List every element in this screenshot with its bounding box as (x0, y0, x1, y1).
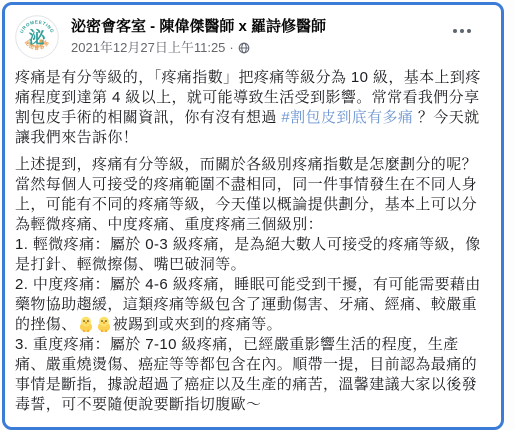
post-paragraph: 2. 中度疼痛：屬於 4-6 級疼痛，睡眠可能受到干擾，有可能需要藉由藥物協助趨… (15, 275, 488, 335)
timestamp-separator: · (229, 40, 233, 56)
hashtag-link[interactable]: #割包皮到底有多痛 (281, 109, 413, 126)
post-paragraph: 疼痛是有分等級的，「疼痛指數」把疼痛等級分為 10 級，基本上到疼痛程度到達第 … (15, 68, 488, 148)
chick-emoji (95, 315, 113, 333)
timestamp-link[interactable]: 2021年12月27日上午11:25 (71, 40, 225, 56)
post-text: 疼痛是有分等級的，「疼痛指數」把疼痛等級分為 10 級，基本上到疼痛程度到達第 … (5, 59, 501, 414)
timestamp-row: 2021年12月27日上午11:25 · (71, 40, 326, 56)
clinic-logo-icon: UROMEETING 泌密會客室 泌 (15, 15, 59, 59)
globe-privacy-icon (238, 42, 250, 54)
post-paragraph: 1. 輕微疼痛：屬於 0-3 級疼痛，是為絕大數人可接受的疼痛等級，像是打針、輕… (15, 235, 488, 275)
ellipsis-dot (453, 29, 457, 33)
page-name-link[interactable]: 泌密會客室 - 陳偉傑醫師 x 羅詩修醫師 (71, 17, 326, 37)
post-header: UROMEETING 泌密會客室 泌 泌密會客室 - 陳偉傑醫師 x 羅詩修醫師… (5, 5, 501, 59)
post-paragraph: 上述提到，疼痛有分等級，而關於各級別疼痛指數是怎麼劃分的呢？當然每個人可接受的疼… (15, 155, 488, 235)
facebook-post-card: UROMEETING 泌密會客室 泌 泌密會客室 - 陳偉傑醫師 x 羅詩修醫師… (2, 2, 504, 414)
avatar-center-glyph: 泌 (29, 28, 47, 47)
avatar[interactable]: UROMEETING 泌密會客室 泌 (15, 15, 59, 59)
chick-emoji (77, 315, 95, 333)
ellipsis-dot (467, 29, 471, 33)
post-options-button[interactable] (445, 15, 489, 41)
header-text: 泌密會客室 - 陳偉傑醫師 x 羅詩修醫師 2021年12月27日上午11:25… (71, 15, 326, 56)
post-paragraph: 3. 重度疼痛：屬於 7-10 級疼痛，已經嚴重影響生活的程度，生產痛、嚴重燒燙… (15, 335, 488, 414)
ellipsis-dot (460, 29, 464, 33)
